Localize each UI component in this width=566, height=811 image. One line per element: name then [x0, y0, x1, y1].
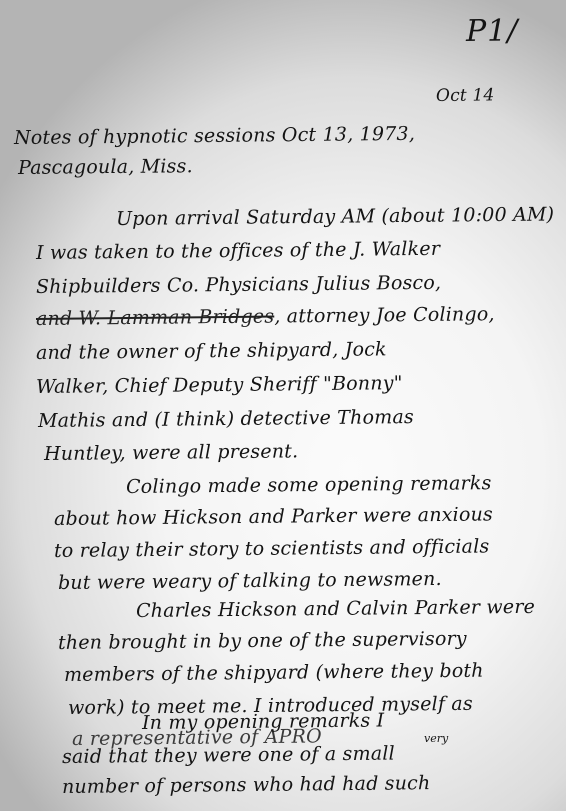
text-line: Charles Hickson and Calvin Parker were	[136, 596, 535, 622]
heading-line-1: Notes of hypnotic sessions Oct 13, 1973,	[14, 123, 415, 149]
text-line: Mathis and (I think) detective Thomas	[38, 406, 414, 432]
text-line: then brought in by one of the supervisor…	[58, 628, 467, 654]
text-line: said that they were one of a small	[62, 743, 395, 768]
heading-line-2: Pascagoula, Miss.	[18, 155, 193, 179]
text-line: but were weary of talking to newsmen.	[58, 568, 442, 594]
text-line: members of the shipyard (where they both	[64, 660, 484, 686]
page-number: P1/	[466, 13, 519, 49]
date-note: Oct 14	[436, 85, 495, 106]
inserted-word: very	[424, 732, 448, 745]
text-line: Upon arrival Saturday AM (about 10:00 AM…	[116, 203, 554, 230]
text: , attorney Joe Colingo,	[274, 303, 495, 327]
text-line: I was taken to the offices of the J. Wal…	[36, 238, 440, 264]
text-line: and the owner of the shipyard, Jock	[36, 338, 387, 364]
text-line: to relay their story to scientists and o…	[54, 535, 490, 562]
struck-text: and W. Lamman Bridges	[36, 306, 274, 330]
text-line: number of persons who had had such	[62, 772, 431, 798]
text-line: Colingo made some opening remarks	[126, 472, 492, 498]
text-line: Walker, Chief Deputy Sheriff "Bonny"	[36, 372, 403, 398]
text-line-with-strikeout: and W. Lamman Bridges, attorney Joe Coli…	[36, 303, 495, 330]
text-line: about how Hickson and Parker were anxiou…	[54, 503, 493, 530]
text-line: Shipbuilders Co. Physicians Julius Bosco…	[36, 272, 441, 298]
text-line: Huntley, were all present.	[44, 440, 298, 465]
handwritten-notes-page: P1/ Oct 14 Notes of hypnotic sessions Oc…	[0, 0, 566, 811]
text-line: In my opening remarks I	[142, 709, 385, 734]
